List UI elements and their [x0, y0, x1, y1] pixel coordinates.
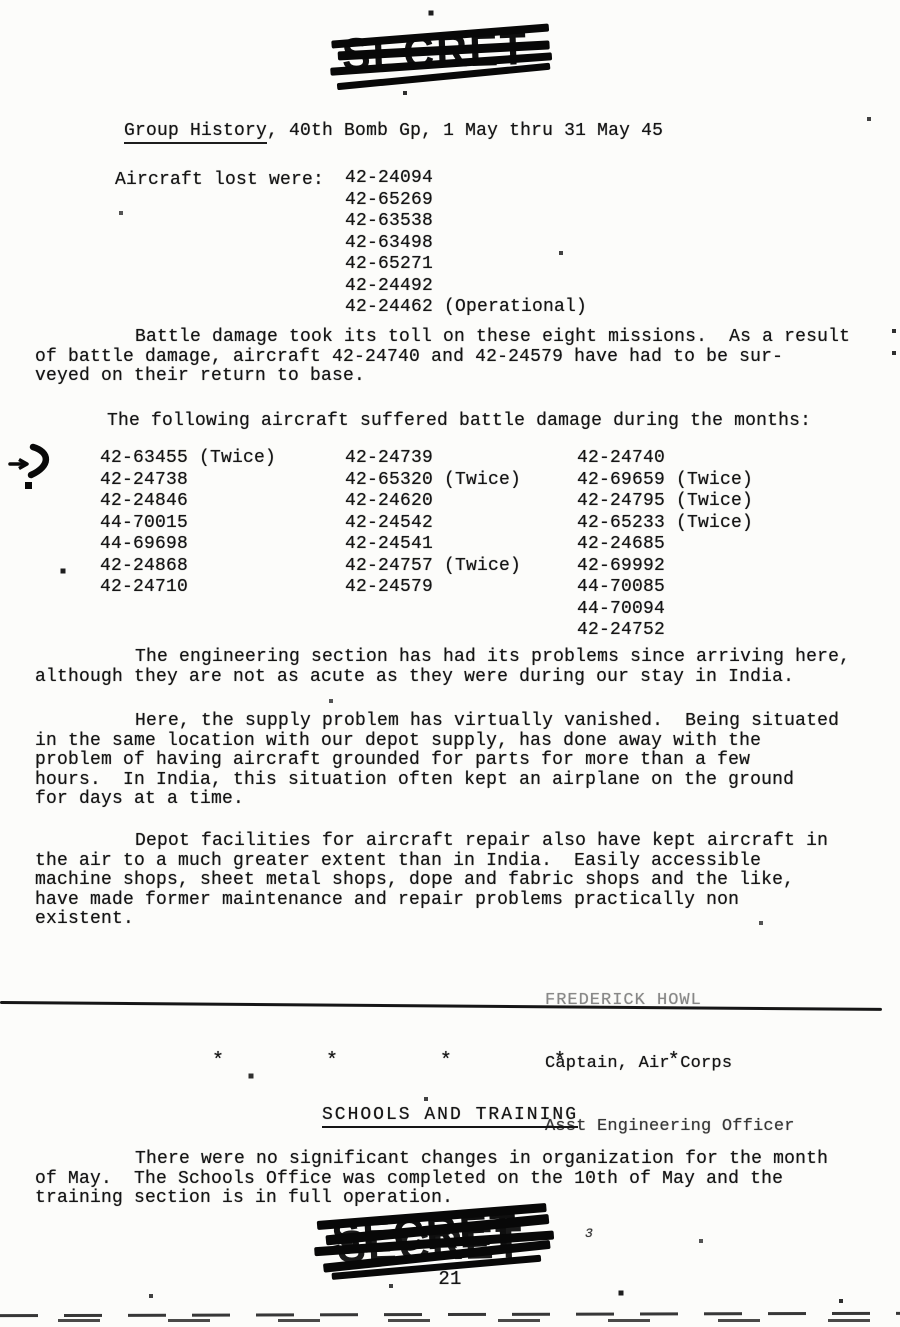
separator-star: * [440, 1050, 452, 1073]
section-separator-stars: ***** [212, 1050, 680, 1073]
supply-paragraph: Here, the supply problem has virtually v… [35, 712, 857, 810]
scan-layer: SECRET Group History, 40th Bomb Gp, 1 Ma… [0, 0, 900, 1327]
damaged-aircraft-serial: 42-24757 (Twice) [345, 556, 521, 578]
bottom-edge-scan-artifact-2 [28, 1319, 888, 1322]
damaged-aircraft-serial: 42-24620 [345, 491, 521, 513]
page-number: 21 [0, 1268, 900, 1290]
engineering-paragraph: The engineering section has had its prob… [35, 648, 857, 687]
damaged-aircraft-serial: 42-24579 [345, 577, 521, 599]
schools-heading-text: SCHOOLS AND TRAINING [322, 1105, 578, 1128]
schools-paragraph: There were no significant changes in org… [35, 1150, 857, 1209]
schools-section-heading: SCHOOLS AND TRAINING [0, 1105, 900, 1125]
document-title: Group History, 40th Bomb Gp, 1 May thru … [58, 101, 663, 161]
aircraft-lost-serial-list: 42-2409442-6526942-6353842-6349842-65271… [345, 168, 587, 319]
margin-arrow-annotation [4, 438, 62, 496]
battle-damage-intro: The following aircraft suffered battle d… [35, 412, 857, 432]
damaged-aircraft-serial: 42-24752 [577, 620, 753, 642]
damaged-aircraft-serial: 44-70094 [577, 599, 753, 621]
battle-damage-column-1: 42-63455 (Twice)42-2473842-2484644-70015… [100, 448, 276, 599]
damaged-aircraft-serial: 42-24868 [100, 556, 276, 578]
aircraft-lost-label: Aircraft lost were: [115, 170, 324, 190]
damaged-aircraft-serial: 42-24738 [100, 470, 276, 492]
damaged-aircraft-serial: 42-24710 [100, 577, 276, 599]
damaged-aircraft-serial: 44-70085 [577, 577, 753, 599]
damaged-aircraft-serial: 42-24541 [345, 534, 521, 556]
damaged-aircraft-serial: 42-24740 [577, 448, 753, 470]
aircraft-serial: 42-24462 (Operational) [345, 297, 587, 319]
document-title-rest: , 40th Bomb Gp, 1 May thru 31 May 45 [267, 121, 663, 141]
aircraft-serial: 42-65271 [345, 254, 587, 276]
document-title-underlined: Group History [124, 121, 267, 144]
aircraft-serial: 42-24094 [345, 168, 587, 190]
scanned-document-page: SECRET Group History, 40th Bomb Gp, 1 Ma… [0, 0, 900, 1327]
damaged-aircraft-serial: 42-24685 [577, 534, 753, 556]
damaged-aircraft-serial: 42-24846 [100, 491, 276, 513]
battle-damage-column-2: 42-2473942-65320 (Twice)42-2462042-24542… [345, 448, 521, 599]
aircraft-serial: 42-24492 [345, 276, 587, 298]
damaged-aircraft-serial: 42-65233 (Twice) [577, 513, 753, 535]
aircraft-serial: 42-65269 [345, 190, 587, 212]
damaged-aircraft-serial: 42-63455 (Twice) [100, 448, 276, 470]
damaged-aircraft-serial: 42-69659 (Twice) [577, 470, 753, 492]
classification-stamp-top: SECRET [341, 25, 543, 94]
separator-star: * [668, 1050, 680, 1073]
damaged-aircraft-serial: 44-69698 [100, 534, 276, 556]
separator-star: * [326, 1050, 338, 1073]
battle-damage-paragraph: Battle damage took its toll on these eig… [35, 328, 857, 387]
stray-ink-mark: 3 [585, 1226, 593, 1241]
scan-noise-specks [0, 0, 2, 2]
separator-star: * [554, 1050, 566, 1073]
separator-star: * [212, 1050, 224, 1073]
classification-stamp-bottom: SECRET SECRET [331, 1205, 534, 1277]
damaged-aircraft-serial: 42-69992 [577, 556, 753, 578]
aircraft-serial: 42-63538 [345, 211, 587, 233]
damaged-aircraft-serial: 42-24795 (Twice) [577, 491, 753, 513]
aircraft-serial: 42-63498 [345, 233, 587, 255]
depot-paragraph: Depot facilities for aircraft repair als… [35, 832, 857, 930]
damaged-aircraft-serial: 44-70015 [100, 513, 276, 535]
bottom-edge-scan-artifact [0, 1312, 900, 1317]
damaged-aircraft-serial: 42-24739 [345, 448, 521, 470]
battle-damage-column-3: 42-2474042-69659 (Twice)42-24795 (Twice)… [577, 448, 753, 642]
damaged-aircraft-serial: 42-65320 (Twice) [345, 470, 521, 492]
damaged-aircraft-serial: 42-24542 [345, 513, 521, 535]
